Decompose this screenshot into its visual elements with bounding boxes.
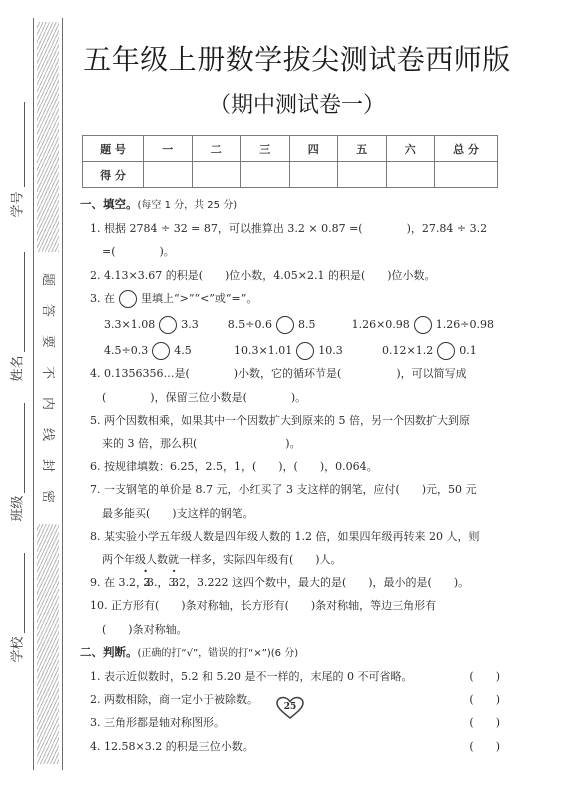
school-label: 学校 (7, 643, 26, 663)
compare-left: 10.3×1.01 (234, 339, 292, 362)
question-4: 4. 0.1356356…是( )小数，它的循环节是( )，可以简写成 (82, 362, 512, 385)
answer-circle[interactable] (276, 316, 294, 334)
table-header-cell: 题 号 (83, 136, 144, 162)
score-cell[interactable] (386, 162, 435, 188)
seal-char: 答 (32, 304, 63, 317)
score-cell[interactable] (192, 162, 241, 188)
compare-right: 4.5 (174, 339, 192, 362)
compare-right: 8.5 (298, 313, 316, 336)
answer-circle[interactable] (296, 342, 314, 360)
compare-left: 1.26×0.98 (352, 313, 410, 336)
student-id-label: 学号 (7, 198, 26, 218)
seal-char: 内 (32, 397, 63, 410)
table-header-cell: 二 (192, 136, 241, 162)
compare-right: 3.3 (181, 313, 199, 336)
section-1-heading: 一、填空。(每空 1 分，共 25 分) (80, 193, 512, 217)
judge-answer-blank[interactable]: ( ) (469, 688, 500, 711)
question-7: 7. 一支钢笔的单价是 8.7 元，小红买了 3 支这样的钢笔，应付( )元，5… (82, 478, 512, 501)
hatch-pattern-bottom (37, 524, 59, 764)
class-blank-line[interactable] (24, 403, 25, 493)
question-10-cont: ( )条对称轴。 (82, 618, 512, 641)
section-2-title: 二、判断。 (80, 645, 138, 659)
compare-item: 1.26×0.981.26÷0.98 (352, 313, 494, 336)
compare-left: 4.5÷0.3 (104, 339, 148, 362)
table-header-cell: 六 (386, 136, 435, 162)
question-3-post: 里填上“>”“<”或“=”。 (141, 292, 257, 305)
q9-text: ，3.222 这四个数中，最大的是( )，最小的是( )。 (186, 576, 469, 589)
compare-right: 0.1 (459, 339, 477, 362)
page-number-badge: 25 (275, 696, 305, 720)
page-subtitle: （期中测试卷一） (82, 88, 512, 119)
compare-right: 10.3 (318, 339, 343, 362)
compare-right: 1.26÷0.98 (436, 313, 494, 336)
table-header-cell: 三 (241, 136, 290, 162)
answer-circle[interactable] (414, 316, 432, 334)
seal-char: 不 (32, 366, 63, 379)
score-table-header-row: 题 号 一 二 三 四 五 六 总 分 (83, 136, 498, 162)
question-5: 5. 两个因数相乘，如果其中一个因数扩大到原来的 5 倍，另一个因数扩大到原 (82, 409, 512, 432)
seal-char: 线 (32, 428, 63, 441)
question-1-cont: =( )。 (82, 240, 512, 263)
score-cell[interactable] (144, 162, 193, 188)
circle-icon (119, 290, 137, 308)
judge-answer-blank[interactable]: ( ) (469, 735, 500, 758)
question-9: 9. 在 3.2，3.23，3.23，3.222 这四个数中，最大的是( )，最… (82, 571, 512, 594)
seal-char: 题 (32, 273, 63, 286)
table-header-cell: 总 分 (435, 136, 498, 162)
question-1: 1. 根据 2784 ÷ 32 = 87，可以推算出 3.2 × 0.87 =(… (82, 217, 512, 240)
hatch-pattern-top (37, 22, 59, 252)
compare-row-2: 4.5÷0.34.5 10.3×1.0110.3 0.12×1.20.1 (82, 339, 512, 362)
judge-statement: 3. 三角形都是轴对称图形。 (90, 711, 225, 734)
question-6: 6. 按规律填数：6.25，2.5，1，( )，( )，0.064。 (82, 455, 512, 478)
judge-answer-blank[interactable]: ( ) (469, 711, 500, 734)
name-label: 姓名 (7, 362, 26, 382)
question-2: 2. 4.13×3.67 的积是( )位小数，4.05×2.1 的积是( )位小… (82, 264, 512, 287)
score-cell[interactable] (289, 162, 338, 188)
section-2-note: (正确的打“√”，错误的打“×”)(6 分) (138, 648, 299, 659)
question-5-cont: 来的 3 倍，那么积( )。 (82, 432, 512, 455)
section-1-title: 一、填空。 (80, 197, 138, 211)
score-cell[interactable] (435, 162, 498, 188)
question-7-cont: 最多能买( )支这样的钢笔。 (82, 502, 512, 525)
judge-statement: 2. 两数相除，商一定小于被除数。 (90, 688, 258, 711)
question-3-pre: 3. 在 (90, 292, 115, 305)
judge-statement: 1. 表示近似数时，5.2 和 5.20 是不一样的，末尾的 0 不可省略。 (90, 665, 412, 688)
section-1-note: (每空 1 分，共 25 分) (138, 200, 238, 211)
compare-item: 4.5÷0.34.5 (104, 339, 216, 362)
page-number: 25 (284, 702, 297, 712)
binding-margin-strip: 题 答 要 不 内 线 封 密 (33, 18, 63, 770)
compare-item: 10.3×1.0110.3 (234, 339, 364, 362)
score-cell[interactable] (241, 162, 290, 188)
compare-left: 8.5÷0.6 (228, 313, 272, 336)
seal-line-text: 题 答 要 不 内 线 封 密 (34, 264, 62, 512)
compare-item: 8.5÷0.68.5 (228, 313, 334, 336)
judge-item: 4. 12.58×3.2 的积是三位小数。( ) (82, 735, 512, 758)
score-cell[interactable] (338, 162, 387, 188)
compare-item: 3.3×1.083.3 (104, 313, 210, 336)
name-blank-line[interactable] (24, 252, 25, 352)
seal-char: 要 (32, 335, 63, 348)
question-8: 8. 某实验小学五年级人数是四年级人数的 1.2 倍，如果四年级再转来 20 人… (82, 525, 512, 548)
answer-circle[interactable] (437, 342, 455, 360)
section-2-heading: 二、判断。(正确的打“√”，错误的打“×”)(6 分) (80, 641, 512, 665)
answer-circle[interactable] (152, 342, 170, 360)
compare-left: 3.3×1.08 (104, 313, 155, 336)
seal-char: 密 (32, 490, 63, 503)
judge-item: 1. 表示近似数时，5.2 和 5.20 是不一样的，末尾的 0 不可省略。( … (82, 665, 512, 688)
table-header-cell: 四 (289, 136, 338, 162)
judge-statement: 4. 12.58×3.2 的积是三位小数。 (90, 735, 254, 758)
class-label: 班级 (7, 502, 26, 522)
compare-row-1: 3.3×1.083.3 8.5÷0.68.5 1.26×0.981.26÷0.9… (82, 313, 512, 336)
school-blank-line[interactable] (24, 553, 25, 633)
compare-item: 0.12×1.20.1 (382, 339, 477, 362)
compare-left: 0.12×1.2 (382, 339, 433, 362)
score-row-label: 得 分 (83, 162, 144, 188)
exam-content: 一、填空。(每空 1 分，共 25 分) 1. 根据 2784 ÷ 32 = 8… (82, 193, 512, 758)
table-header-cell: 五 (338, 136, 387, 162)
score-table-score-row: 得 分 (83, 162, 498, 188)
question-4-cont: ( )，保留三位小数是( )。 (82, 386, 512, 409)
question-3: 3. 在里填上“>”“<”或“=”。 (82, 287, 512, 310)
question-10: 10. 正方形有( )条对称轴，长方形有( )条对称轴，等边三角形有 (82, 594, 512, 617)
page-title: 五年级上册数学拔尖测试卷西师版 (82, 38, 512, 78)
judge-answer-blank[interactable]: ( ) (469, 665, 500, 688)
seal-char: 封 (32, 459, 63, 472)
score-table: 题 号 一 二 三 四 五 六 总 分 得 分 (82, 135, 498, 188)
student-id-blank-line[interactable] (24, 102, 25, 187)
answer-circle[interactable] (159, 316, 177, 334)
table-header-cell: 一 (144, 136, 193, 162)
